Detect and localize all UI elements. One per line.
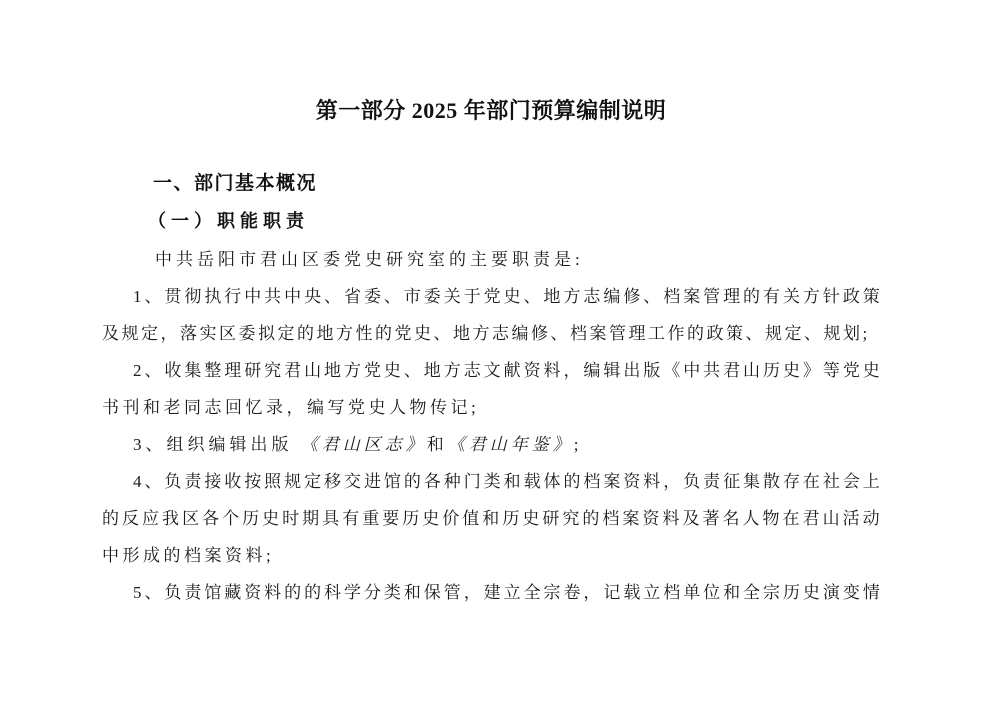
duty-1-line-1: 1、贯彻执行中共中央、省委、市委关于党史、地方志编修、档案管理的有关方针政策 (102, 286, 880, 308)
duty-3-connector: 和 (427, 435, 448, 454)
document-page: 第一部分 2025 年部门预算编制说明 一、部门基本概况 （一）职能职责 中共岳… (0, 0, 1000, 706)
intro-line: 中共岳阳市君山区委党史研究室的主要职责是: (102, 249, 880, 271)
duty-5-line-1: 5、负责馆藏资料的的科学分类和保管，建立全宗卷，记载立档单位和全宗历史演变情 (102, 582, 880, 604)
duty-4-line-2: 的反应我区各个历史时期具有重要历史价值和历史研究的档案资料及著名人物在君山活动 (102, 508, 880, 530)
book-title-junshan-nianjian: 《君山年鉴》 (448, 435, 574, 454)
section-heading-basic-overview: 一、部门基本概况 (102, 172, 880, 196)
duty-4-line-3: 中形成的档案资料; (102, 545, 880, 567)
duty-3-prefix: 3、组织编辑出版 (133, 435, 301, 454)
document-title: 第一部分 2025 年部门预算编制说明 (102, 96, 880, 126)
duty-2-line-1: 2、收集整理研究君山地方党史、地方志文献资料，编辑出版《中共君山历史》等党史 (102, 360, 880, 382)
duty-4-line-1: 4、负责接收按照规定移交进馆的各种门类和载体的档案资料，负责征集散存在社会上 (102, 471, 880, 493)
duty-3-line: 3、组织编辑出版 《君山区志》和《君山年鉴》; (102, 434, 880, 456)
book-title-junshan-quzhi: 《君山区志》 (301, 435, 427, 454)
duty-1-line-2: 及规定，落实区委拟定的地方性的党史、地方志编修、档案管理工作的政策、规定、规划; (102, 323, 880, 345)
duty-3-suffix: ; (574, 435, 583, 454)
subsection-heading-functions-duties: （一）职能职责 (102, 209, 880, 233)
duty-2-line-2: 书刊和老同志回忆录，编写党史人物传记; (102, 397, 880, 419)
